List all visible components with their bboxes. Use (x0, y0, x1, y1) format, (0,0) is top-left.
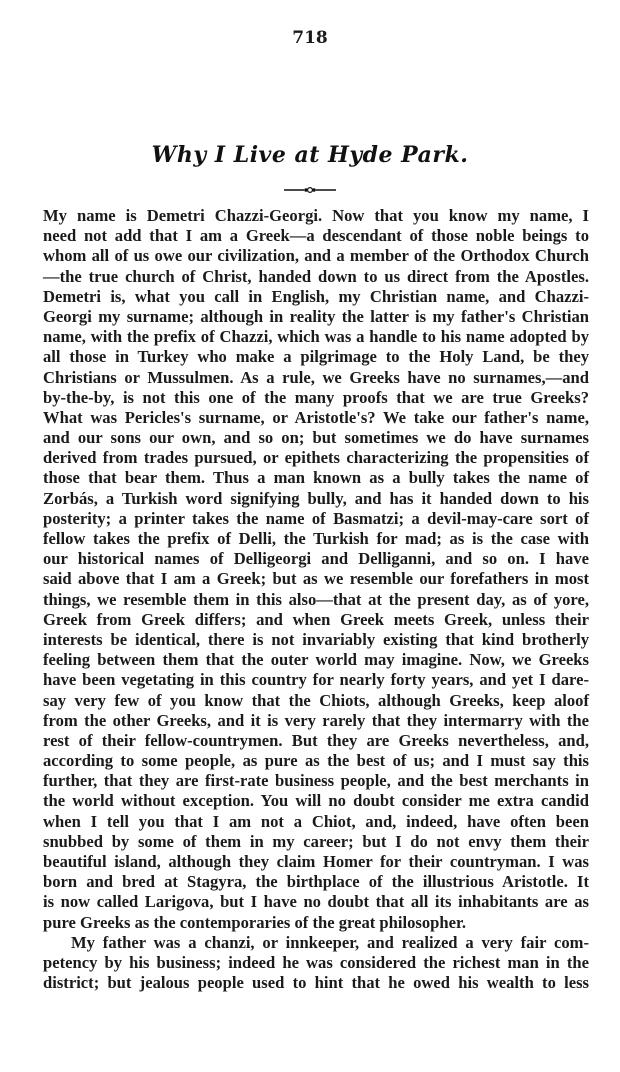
text-line: said above that I am a Greek; but as we … (43, 569, 589, 589)
text-line: Greek from Greek differs; and when Greek… (43, 610, 589, 630)
text-line: posterity; a printer takes the name of B… (43, 509, 589, 529)
text-line: Georgi my surname; although in reality t… (43, 307, 589, 327)
text-line: Zorbás, a Turkish word signifying bully,… (43, 489, 589, 509)
text-line: pure Greeks as the contemporaries of the… (43, 913, 589, 933)
text-line: rest of their fellow-countrymen. But the… (43, 731, 589, 751)
text-line: Christians or Mussulmen. As a rule, we G… (43, 368, 589, 388)
text-line: interests be identical, there is not inv… (43, 630, 589, 650)
text-line: things, we resemble them in this also—th… (43, 590, 589, 610)
text-line: our historical names of Delligeorgi and … (43, 549, 589, 569)
text-line: Demetri is, what you call in English, my… (43, 287, 589, 307)
text-line: born and bred at Stagyra, the birthplace… (43, 872, 589, 892)
text-line: whom all of us owe our civilization, and… (43, 246, 589, 266)
text-line: need not add that I am a Greek—a descend… (43, 226, 589, 246)
text-line: What was Pericles's surname, or Aristotl… (43, 408, 589, 428)
text-line: say very few of you know that the Chiots… (43, 691, 589, 711)
paragraph-2: My father was a chanzi, or innkeeper, an… (43, 933, 589, 994)
text-line: those that bear them. Thus a man known a… (43, 468, 589, 488)
text-line: according to some people, as pure as the… (43, 751, 589, 771)
text-line: when I tell you that I am not a Chiot, a… (43, 812, 589, 832)
text-line: name, with the prefix of Chazzi, which w… (43, 327, 589, 347)
text-line: all those in Turkey who make a pilgrimag… (43, 347, 589, 367)
paragraph-1: My name is Demetri Chazzi-Georgi. Now th… (43, 206, 589, 933)
text-line: and our sons our own, and so on; but som… (43, 428, 589, 448)
text-line: fellow takes the prefix of Delli, the Tu… (43, 529, 589, 549)
text-line: —the true church of Christ, handed down … (43, 267, 589, 287)
text-line: derived from trades pursued, or epithets… (43, 448, 589, 468)
text-line: My father was a chanzi, or innkeeper, an… (43, 933, 589, 953)
text-line: petency by his business; indeed he was c… (43, 953, 589, 973)
ornament-divider-icon (0, 186, 620, 194)
page-number: 718 (0, 28, 620, 48)
text-line: feeling between them that the outer worl… (43, 650, 589, 670)
text-line: My name is Demetri Chazzi-Georgi. Now th… (43, 206, 589, 226)
text-line: district; but jealous people used to hin… (43, 973, 589, 993)
text-line: the world without exception. You will no… (43, 791, 589, 811)
article-body: My name is Demetri Chazzi-Georgi. Now th… (43, 206, 589, 993)
text-line: snubbed by some of them in my career; bu… (43, 832, 589, 852)
text-line: from the other Greeks, and it is very ra… (43, 711, 589, 731)
article-title: Why I Live at Hyde Park. (0, 142, 620, 168)
text-line: is now called Larigova, but I have no do… (43, 892, 589, 912)
text-line: further, that they are first-rate busine… (43, 771, 589, 791)
text-line: have been vegetating in this country for… (43, 670, 589, 690)
text-line: by-the-by, is not this one of the many p… (43, 388, 589, 408)
text-line: beautiful island, although they claim Ho… (43, 852, 589, 872)
